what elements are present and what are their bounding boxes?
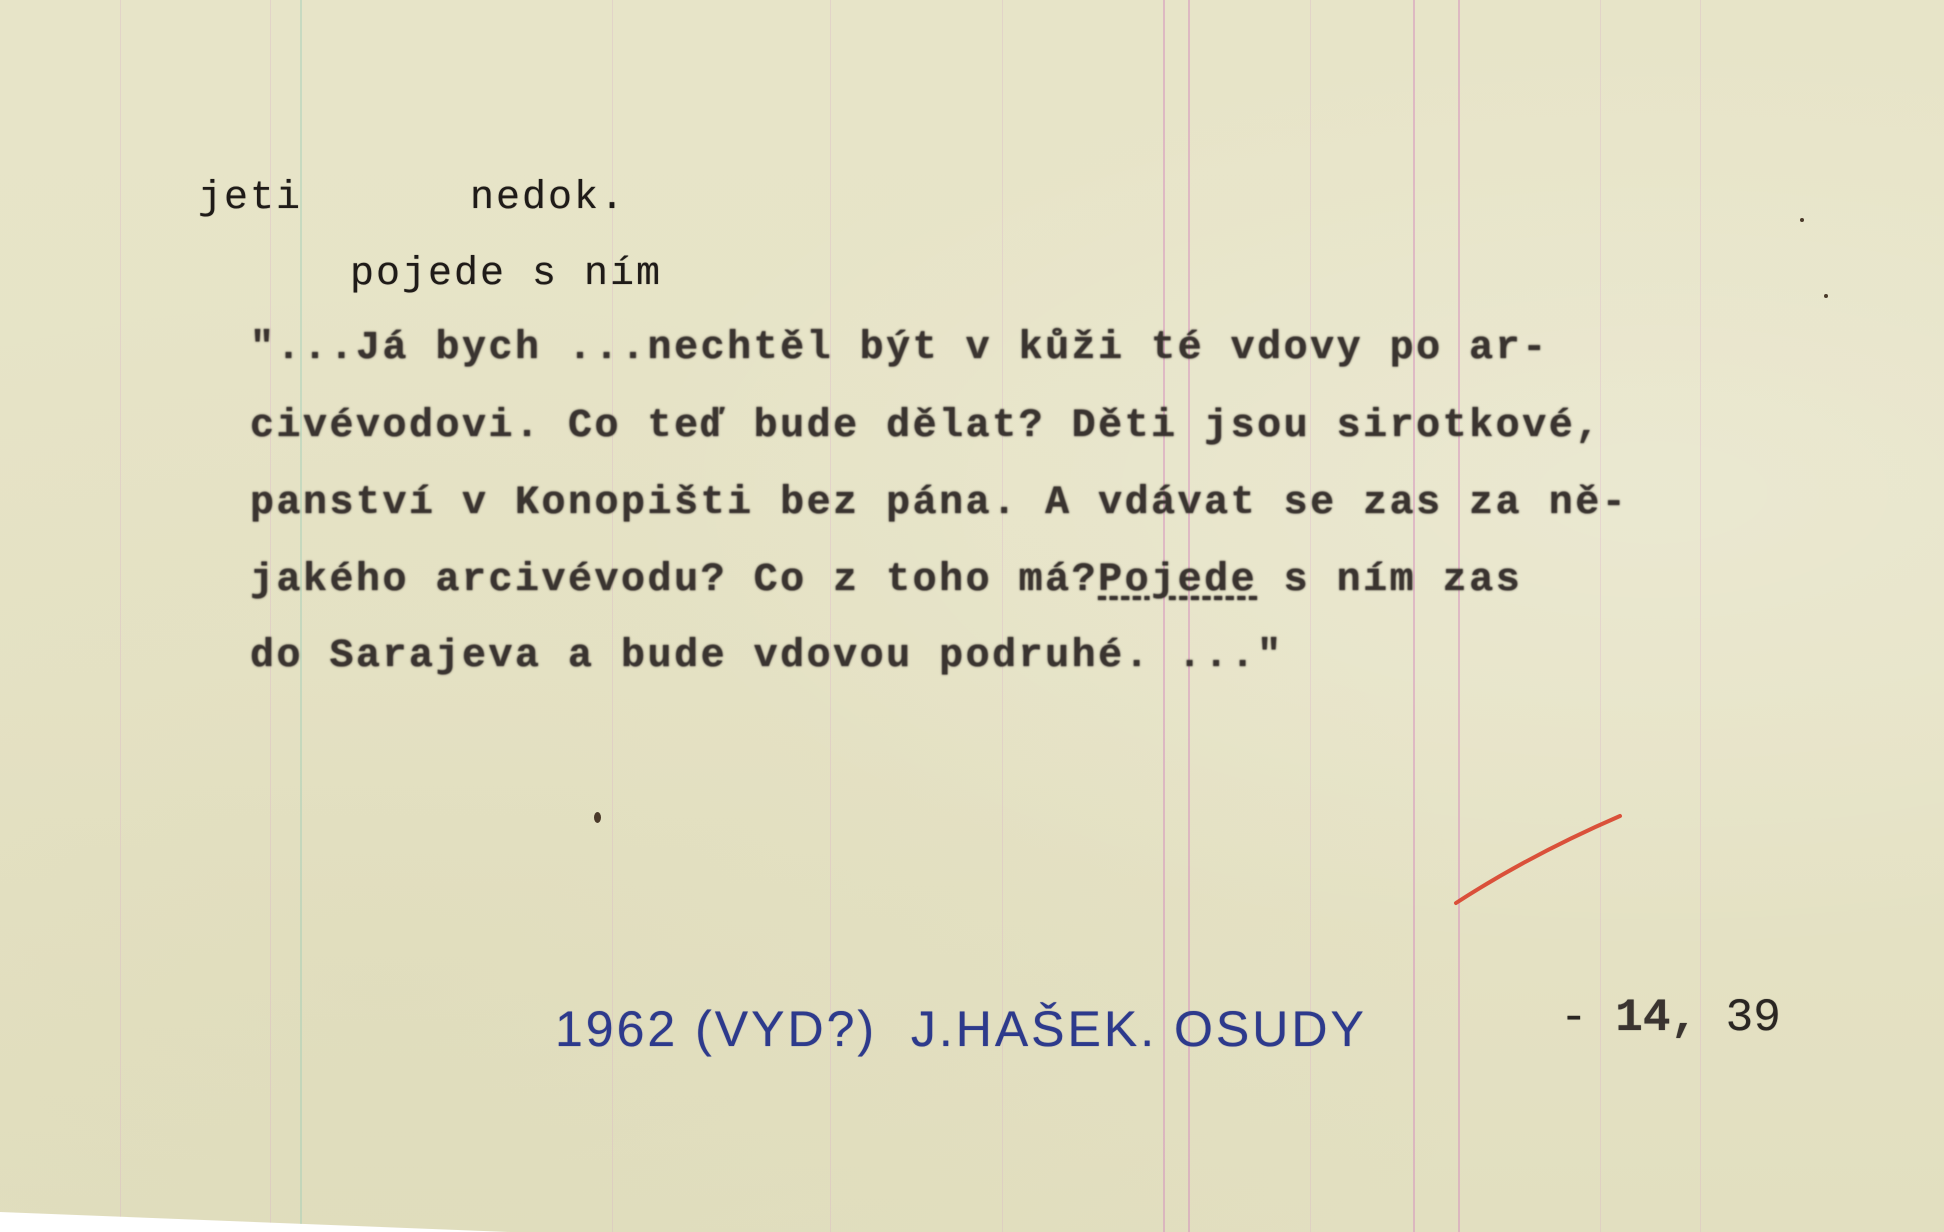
quote-line-3: panství v Konopišti bez pána. A vdávat s… [250, 481, 1628, 526]
rule-line [1413, 0, 1415, 1232]
header-sub-phrase: pojede s ním [350, 252, 662, 297]
citation-stamp: 1962 (VYD?) J.HAŠEK. OSUDY [555, 1000, 1367, 1058]
header-right-word: nedok. [470, 176, 626, 221]
underlined-keyword: Pojede [1098, 558, 1257, 603]
rule-line [1458, 0, 1460, 1232]
ink-speck [594, 812, 601, 823]
quote-line-4: jakého arcivévodu? Co z toho má?Pojede s… [250, 558, 1522, 603]
rule-line [1600, 0, 1601, 1232]
page-secondary: 39 [1726, 992, 1781, 1044]
ink-speck [1824, 294, 1828, 298]
quote-line-5: do Sarajeva a bude vdovou podruhé. ..." [250, 634, 1284, 679]
page-primary: 14, [1615, 992, 1698, 1044]
rule-line [1700, 0, 1701, 1232]
quote-line-1: "...Já bych ...nechtěl být v kůži té vdo… [250, 326, 1549, 371]
ink-speck [1800, 218, 1804, 222]
quote-line-2: civévodovi. Co teď bude dělat? Děti jsou… [250, 404, 1602, 449]
index-card: jeti nedok. pojede s ním "...Já bych ...… [0, 0, 1944, 1232]
page-dash: - [1560, 992, 1588, 1044]
rule-line [120, 0, 121, 1232]
quote-line-4-text: jakého arcivévodu? Co z toho má? [250, 558, 1098, 603]
header-left-word: jeti [198, 176, 302, 221]
page-reference: - 14, 39 [1560, 992, 1781, 1044]
quote-line-4-tail: s ním zas [1257, 558, 1522, 603]
